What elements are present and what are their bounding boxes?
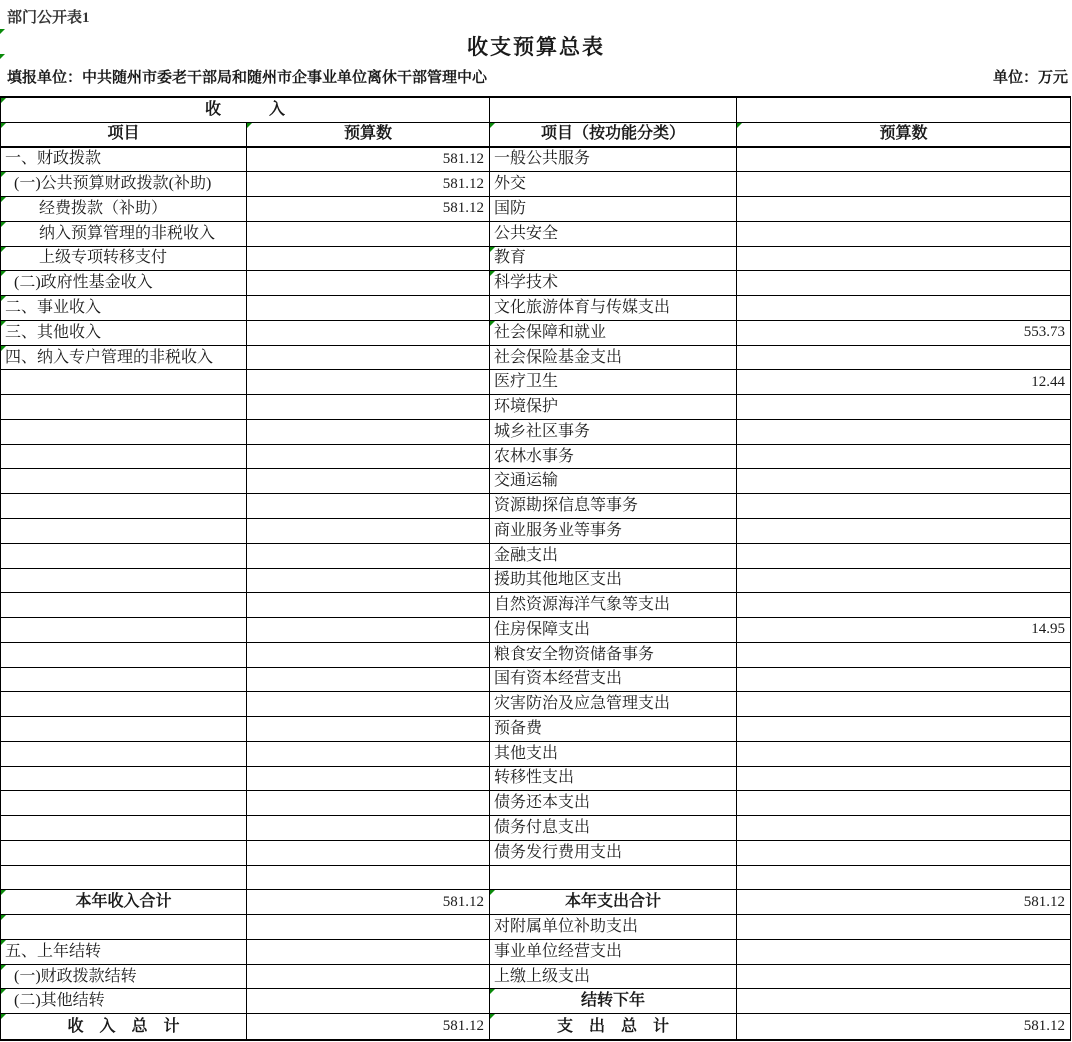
expense-value-cell	[737, 494, 1070, 519]
income-item-cell: 一、财政拨款	[1, 148, 247, 173]
expense-item-cell: 城乡社区事务	[490, 420, 737, 445]
expense-section-header-cell	[737, 98, 1070, 123]
expense-item-cell: 债务付息支出	[490, 816, 737, 841]
income-value-cell	[247, 767, 490, 792]
page-title: 收支预算总表	[0, 31, 1072, 61]
income-item-cell	[1, 767, 247, 792]
income-value-cell	[247, 717, 490, 742]
expense-value-cell	[737, 544, 1070, 569]
income-item-cell	[1, 420, 247, 445]
expense-item-cell: 预备费	[490, 717, 737, 742]
income-item-cell	[1, 469, 247, 494]
expense-item-cell: 灾害防治及应急管理支出	[490, 692, 737, 717]
expense-value-cell: 553.73	[737, 321, 1070, 346]
expense-value-cell	[737, 222, 1070, 247]
expense-value-cell	[737, 965, 1070, 990]
income-section-header-cell: 收 入	[1, 98, 490, 123]
expense-item-cell: 交通运输	[490, 469, 737, 494]
income-item-column-header: 项目	[1, 123, 247, 148]
expense-value-cell	[737, 420, 1070, 445]
income-value-cell	[247, 519, 490, 544]
income-value-cell	[247, 816, 490, 841]
income-item-cell: (一)公共预算财政拨款(补助)	[1, 172, 247, 197]
income-value-cell	[247, 668, 490, 693]
income-value-cell	[247, 296, 490, 321]
income-item-cell	[1, 866, 247, 891]
income-value-cell	[247, 247, 490, 272]
expense-item-cell: 结转下年	[490, 989, 737, 1014]
income-value-cell	[247, 742, 490, 767]
expense-value-cell: 14.95	[737, 618, 1070, 643]
expense-item-cell: 上缴上级支出	[490, 965, 737, 990]
expense-item-cell: 自然资源海洋气象等支出	[490, 593, 737, 618]
expense-item-cell: 援助其他地区支出	[490, 569, 737, 594]
income-value-cell: 581.12	[247, 1014, 490, 1039]
expense-budget-column-header: 预算数	[737, 123, 1070, 148]
income-item-cell	[1, 717, 247, 742]
income-value-cell	[247, 791, 490, 816]
income-item-cell	[1, 618, 247, 643]
expense-value-cell	[737, 742, 1070, 767]
expense-item-cell: 债务发行费用支出	[490, 841, 737, 866]
expense-item-cell: 本年支出合计	[490, 890, 737, 915]
income-value-cell	[247, 989, 490, 1014]
income-value-cell	[247, 618, 490, 643]
expense-value-cell	[737, 816, 1070, 841]
expense-value-cell	[737, 296, 1070, 321]
expense-item-cell: 粮食安全物资储备事务	[490, 643, 737, 668]
income-value-cell	[247, 841, 490, 866]
expense-item-cell: 教育	[490, 247, 737, 272]
expense-value-cell	[737, 148, 1070, 173]
expense-value-cell	[737, 172, 1070, 197]
expense-value-cell	[737, 445, 1070, 470]
income-item-cell: (一)财政拨款结转	[1, 965, 247, 990]
income-item-cell	[1, 494, 247, 519]
expense-value-cell: 581.12	[737, 1014, 1070, 1039]
income-item-cell: 三、其他收入	[1, 321, 247, 346]
expense-item-cell: 商业服务业等事务	[490, 519, 737, 544]
expense-value-cell	[737, 940, 1070, 965]
expense-item-cell: 环境保护	[490, 395, 737, 420]
income-item-cell	[1, 370, 247, 395]
income-value-cell	[247, 544, 490, 569]
expense-item-cell: 医疗卫生	[490, 370, 737, 395]
income-value-cell	[247, 445, 490, 470]
income-item-cell	[1, 519, 247, 544]
expense-item-cell: 科学技术	[490, 271, 737, 296]
income-item-cell	[1, 915, 247, 940]
expense-value-cell	[737, 791, 1070, 816]
expense-item-column-header: 项目（按功能分类）	[490, 123, 737, 148]
sheet-label: 部门公开表1	[7, 6, 90, 27]
expense-item-cell: 一般公共服务	[490, 148, 737, 173]
income-item-cell	[1, 569, 247, 594]
expense-item-cell: 国防	[490, 197, 737, 222]
income-item-cell	[1, 668, 247, 693]
expense-value-cell	[737, 989, 1070, 1014]
expense-value-cell	[737, 866, 1070, 891]
unit-note: 单位：万元	[993, 66, 1068, 87]
income-value-cell	[247, 370, 490, 395]
income-item-cell	[1, 742, 247, 767]
income-item-cell	[1, 395, 247, 420]
income-value-cell	[247, 271, 490, 296]
income-item-cell	[1, 593, 247, 618]
expense-item-cell: 公共安全	[490, 222, 737, 247]
income-item-cell: 二、事业收入	[1, 296, 247, 321]
expense-value-cell	[737, 717, 1070, 742]
income-item-cell	[1, 544, 247, 569]
income-item-cell	[1, 816, 247, 841]
expense-value-cell	[737, 569, 1070, 594]
expense-value-cell	[737, 841, 1070, 866]
income-value-cell: 581.12	[247, 890, 490, 915]
expense-value-cell	[737, 346, 1070, 371]
income-item-cell: 纳入预算管理的非税收入	[1, 222, 247, 247]
expense-item-cell: 金融支出	[490, 544, 737, 569]
expense-item-cell: 资源勘探信息等事务	[490, 494, 737, 519]
income-item-cell: 五、上年结转	[1, 940, 247, 965]
expense-value-cell	[737, 197, 1070, 222]
page: 部门公开表1 收支预算总表 填报单位：中共随州市委老干部局和随州市企事业单位离休…	[0, 0, 1072, 1042]
income-value-cell	[247, 494, 490, 519]
income-item-cell: (二)政府性基金收入	[1, 271, 247, 296]
expense-value-cell	[737, 593, 1070, 618]
income-value-cell	[247, 469, 490, 494]
expense-item-cell: 对附属单位补助支出	[490, 915, 737, 940]
income-item-cell	[1, 643, 247, 668]
expense-item-cell: 文化旅游体育与传媒支出	[490, 296, 737, 321]
income-value-cell: 581.12	[247, 172, 490, 197]
income-value-cell	[247, 965, 490, 990]
expense-value-cell	[737, 643, 1070, 668]
expense-value-cell	[737, 395, 1070, 420]
reporting-unit: 填报单位：中共随州市委老干部局和随州市企事业单位离休干部管理中心	[7, 66, 487, 87]
income-value-cell	[247, 395, 490, 420]
expense-item-cell: 外交	[490, 172, 737, 197]
expense-item-cell: 社会保障和就业	[490, 321, 737, 346]
income-value-cell	[247, 593, 490, 618]
expense-item-cell: 债务还本支出	[490, 791, 737, 816]
expense-item-cell: 社会保险基金支出	[490, 346, 737, 371]
income-value-cell	[247, 346, 490, 371]
income-item-cell: 收 入 总 计	[1, 1014, 247, 1039]
expense-value-cell	[737, 692, 1070, 717]
expense-value-cell: 12.44	[737, 370, 1070, 395]
income-budget-column-header: 预算数	[247, 123, 490, 148]
expense-item-cell: 农林水事务	[490, 445, 737, 470]
income-value-cell	[247, 643, 490, 668]
expense-value-cell: 581.12	[737, 890, 1070, 915]
expense-item-cell	[490, 866, 737, 891]
expense-item-cell: 住房保障支出	[490, 618, 737, 643]
income-value-cell	[247, 321, 490, 346]
expense-value-cell	[737, 469, 1070, 494]
expense-value-cell	[737, 519, 1070, 544]
income-value-cell	[247, 420, 490, 445]
income-item-cell	[1, 791, 247, 816]
income-value-cell	[247, 569, 490, 594]
expense-value-cell	[737, 668, 1070, 693]
budget-table: 收 入项目预算数项目（按功能分类）预算数一、财政拨款581.12一般公共服务(一…	[0, 96, 1071, 1041]
income-value-cell	[247, 915, 490, 940]
expense-value-cell	[737, 915, 1070, 940]
income-item-cell: 上级专项转移支付	[1, 247, 247, 272]
expense-item-cell: 其他支出	[490, 742, 737, 767]
expense-section-header-cell	[490, 98, 737, 123]
income-item-cell: (二)其他结转	[1, 989, 247, 1014]
expense-value-cell	[737, 767, 1070, 792]
income-value-cell: 581.12	[247, 148, 490, 173]
expense-item-cell: 事业单位经营支出	[490, 940, 737, 965]
income-item-cell	[1, 841, 247, 866]
income-value-cell	[247, 222, 490, 247]
income-item-cell: 本年收入合计	[1, 890, 247, 915]
income-value-cell	[247, 940, 490, 965]
expense-item-cell: 支 出 总 计	[490, 1014, 737, 1039]
income-item-cell	[1, 692, 247, 717]
expense-value-cell	[737, 247, 1070, 272]
expense-item-cell: 国有资本经营支出	[490, 668, 737, 693]
income-value-cell: 581.12	[247, 197, 490, 222]
expense-value-cell	[737, 271, 1070, 296]
income-value-cell	[247, 692, 490, 717]
income-item-cell: 经费拨款（补助）	[1, 197, 247, 222]
income-item-cell	[1, 445, 247, 470]
income-item-cell: 四、纳入专户管理的非税收入	[1, 346, 247, 371]
expense-item-cell: 转移性支出	[490, 767, 737, 792]
income-value-cell	[247, 866, 490, 891]
